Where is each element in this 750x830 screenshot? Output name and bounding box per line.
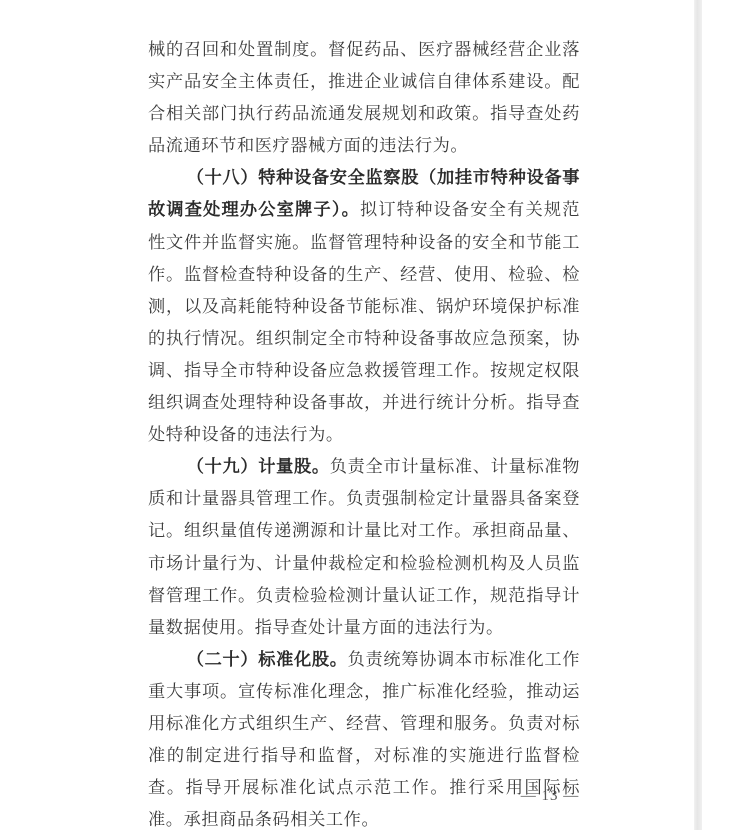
page-number: — 13 — [500, 788, 600, 805]
paragraph-body: 拟订特种设备安全有关规范性文件并监督实施。监督管理特种设备的安全和节能工作。监督… [148, 200, 580, 445]
paragraph-special-equipment-safety: （十八）特种设备安全监察股（加挂市特种设备事故调查处理办公室牌子）。拟订特种设备… [148, 162, 580, 451]
paragraph-medical-device-continuation: 械的召回和处置制度。督促药品、医疗器械经营企业落实产品安全主体责任，推进企业诚信… [148, 34, 580, 162]
paragraph-body: 械的召回和处置制度。督促药品、医疗器械经营企业落实产品安全主体责任，推进企业诚信… [148, 40, 580, 156]
paragraph-body: 负责全市计量标准、计量标准物质和计量器具管理工作。负责强制检定计量器具备案登记。… [148, 457, 580, 637]
section-heading-19: （十九）计量股。 [187, 457, 330, 477]
document-body: 械的召回和处置制度。督促药品、医疗器械经营企业落实产品安全主体责任，推进企业诚信… [148, 34, 580, 830]
page-margin-right [702, 0, 750, 830]
scanned-page-edge [694, 0, 702, 830]
section-heading-20: （二十）标准化股。 [187, 650, 348, 670]
paragraph-metrology: （十九）计量股。负责全市计量标准、计量标准物质和计量器具管理工作。负责强制检定计… [148, 451, 580, 644]
